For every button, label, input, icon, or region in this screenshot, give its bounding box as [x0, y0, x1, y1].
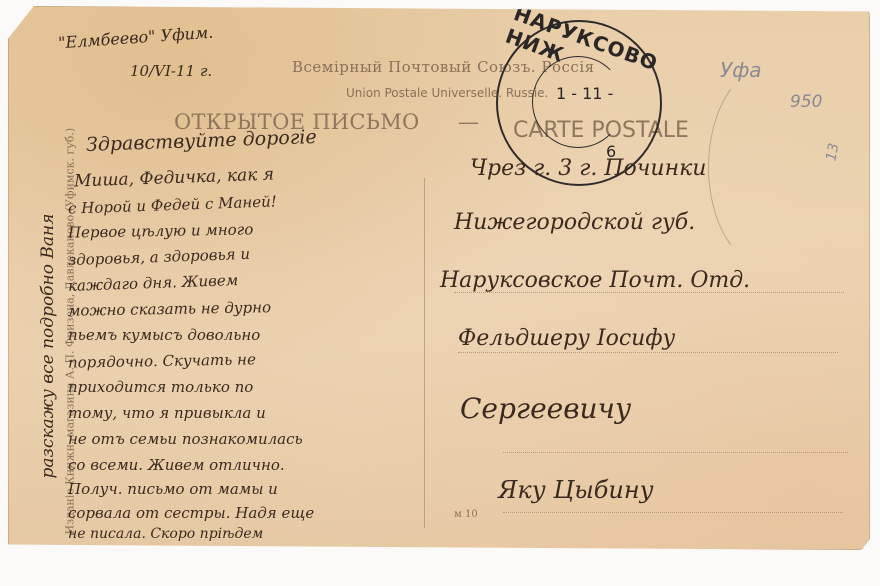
- address-line: Яку Цыбину: [498, 476, 654, 504]
- letter-date: 10/VI-11 г.: [130, 62, 212, 80]
- message-line: каждаго дня. Живем: [68, 271, 239, 295]
- address-line-4: [503, 512, 843, 513]
- message-line: не отъ семьи познакомилась: [68, 430, 303, 448]
- margin-note: разскажу все подробно Ваня: [38, 166, 58, 526]
- address-line: Нижегородской губ.: [454, 210, 695, 235]
- message-line: Здравствуйте дорогіе: [86, 126, 317, 156]
- address-line: Фельдшеру Іосифу: [458, 326, 675, 351]
- message-line: сорвала от сестры. Надя еще: [68, 504, 314, 522]
- address-line-2: [458, 352, 838, 353]
- address-line: Наруксовское Почт. Отд.: [440, 268, 750, 293]
- divider-line: [424, 178, 425, 528]
- message-line: приходится только по: [68, 378, 253, 396]
- message-line: со всеми. Живем отлично.: [68, 456, 285, 474]
- print-mark: м 10: [454, 509, 478, 520]
- message-line: можно сказать не дурно: [68, 298, 271, 320]
- letter-place: "Елмбеево" Уфим.: [58, 23, 214, 53]
- message-line: порядочно. Скучать не: [68, 350, 256, 371]
- message-line: здоровья, а здоровья и: [68, 245, 251, 269]
- message-line: пьемъ кумысъ довольно: [68, 326, 260, 344]
- title-dash: —: [458, 110, 479, 134]
- pencil-city: Уфа: [720, 58, 762, 82]
- postcard: Всемірный Почтовый Союзъ. Россія Union P…: [8, 6, 870, 550]
- pencil-code: 13: [823, 142, 842, 162]
- message-line: Первое цѣлую и много: [68, 220, 254, 241]
- message-line: не писала. Скоро пріѣдем: [68, 526, 263, 542]
- address-line: Сергеевичу: [460, 392, 631, 425]
- address-line: Чрез г. 3 г. Починки: [470, 156, 706, 181]
- message-line: с Норой и Федей с Маней!: [68, 192, 277, 217]
- pencil-price: 950: [790, 92, 822, 112]
- message-line: Миша, Федичка, как я: [74, 165, 275, 192]
- message-line: Получ. письмо от мамы и: [68, 480, 278, 498]
- message-line: тому, что я привыкла и: [68, 404, 266, 422]
- address-line-3: [503, 452, 848, 453]
- postmark-date: 1 - 11 -: [556, 84, 613, 103]
